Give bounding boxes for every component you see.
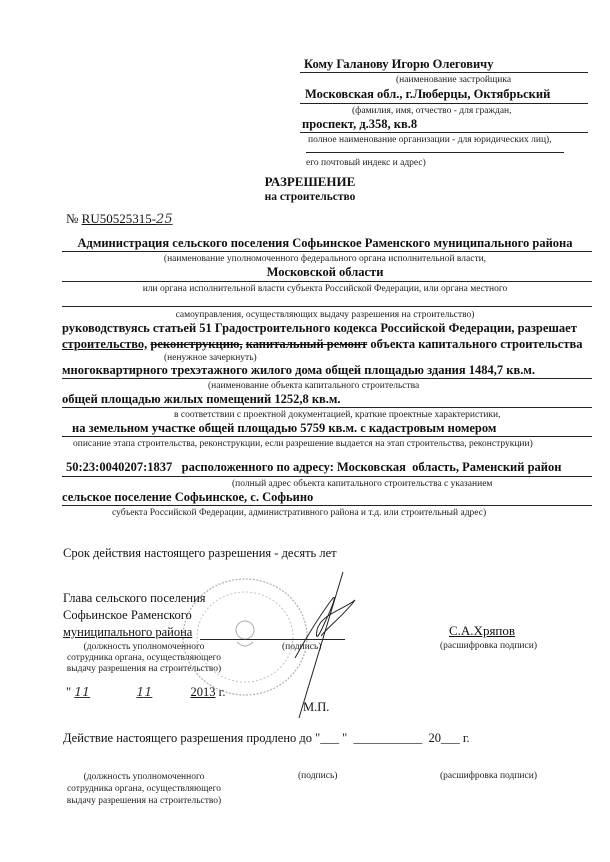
work-type-line: строительство, реконструкцию, капитальны… (62, 337, 582, 352)
land-plot: на земельном участке общей площадью 5759… (72, 421, 496, 436)
work-type-reconstruction: реконструкцию, (150, 337, 242, 351)
extension-caption-name: (расшифровка подписи) (440, 771, 537, 781)
caption: выдачу разрешения на строительство) (64, 795, 224, 807)
divider (300, 72, 588, 73)
addressee-address-1: Московская обл., г.Люберцы, Октябрьский (305, 87, 550, 102)
validity-term: Срок действия настоящего разрешения - де… (63, 546, 337, 561)
cadastral-address: 50:23:0040207:1837 расположенного по адр… (66, 460, 561, 475)
number-value: RU50525315- (82, 211, 156, 226)
address-locality: сельское поселение Софьинское, с. Софьин… (62, 490, 313, 505)
work-type-construction: строительство, (62, 337, 147, 351)
quote: " (66, 685, 71, 699)
date-month: 11 (107, 684, 181, 699)
number-sign: № (66, 211, 78, 226)
caption: или органа исполнительной власти субъект… (60, 284, 590, 294)
divider (62, 306, 592, 307)
object-description: многоквартирного трехэтажного жилого дом… (62, 363, 535, 378)
signatory-name: С.А.Хряпов (449, 623, 515, 639)
legal-basis: руководствуясь статьей 51 Градостроитель… (62, 321, 577, 336)
work-type-suffix: объекта капитального строительства (370, 337, 582, 351)
signature-scribble-icon (285, 570, 365, 720)
extension-caption-position: (должность уполномоченного сотрудника ор… (64, 771, 224, 807)
divider (62, 505, 592, 506)
caption: полное наименование организации - для юр… (308, 135, 552, 145)
divider (62, 378, 592, 379)
document-subtitle: на строительство (0, 191, 610, 203)
caption: самоуправления, осуществляющих выдачу ра… (60, 310, 590, 320)
residential-area: общей площадью жилых помещений 1252,8 кв… (62, 392, 341, 407)
caption: в соответствии с проектной документацией… (174, 410, 500, 420)
addressee-name: Кому Галанову Игорю Олеговичу (304, 57, 493, 72)
divider (306, 152, 564, 153)
caption: (наименование объекта капитального строи… (208, 381, 419, 391)
caption: (наименование уполномоченного федерально… (60, 254, 590, 264)
work-type-repair: капитальный ремонт (246, 337, 368, 351)
document-title: РАЗРЕШЕНИЕ (0, 174, 610, 190)
caption: (наименование застройщика (396, 75, 511, 85)
caption: (полный адрес объекта капитального строи… (232, 479, 492, 489)
permit-number: № RU50525315-25 (66, 211, 208, 227)
number-handwritten: 25 (156, 212, 208, 227)
authority-region: Московской области (60, 265, 590, 280)
divider (62, 251, 592, 252)
caption: сотрудника органа, осуществляющего (64, 783, 224, 795)
caption: (фамилия, имя, отчество - для граждан, (352, 106, 512, 116)
divider (62, 476, 592, 477)
caption: описание этапа строительства, реконструк… (73, 439, 533, 449)
extension-caption-signature: (подпись) (298, 771, 337, 781)
divider (300, 103, 588, 104)
divider (62, 436, 592, 437)
caption: (должность уполномоченного (64, 771, 224, 783)
authority-name: Администрация сельского поселения Софьин… (60, 236, 590, 251)
divider (300, 132, 588, 133)
extension-text: Действие настоящего разрешения продлено … (63, 731, 470, 746)
caption: его почтовый индекс и адрес) (306, 158, 426, 168)
date-day: 11 (74, 684, 96, 699)
caption-name: (расшифровка подписи) (440, 641, 537, 651)
caption: субъекта Российской Федерации, администр… (112, 508, 486, 518)
addressee-address-2: проспект, д.358, кв.8 (302, 117, 417, 132)
caption: (ненужное зачеркнуть) (164, 353, 257, 363)
divider (62, 407, 592, 408)
divider (62, 281, 592, 282)
